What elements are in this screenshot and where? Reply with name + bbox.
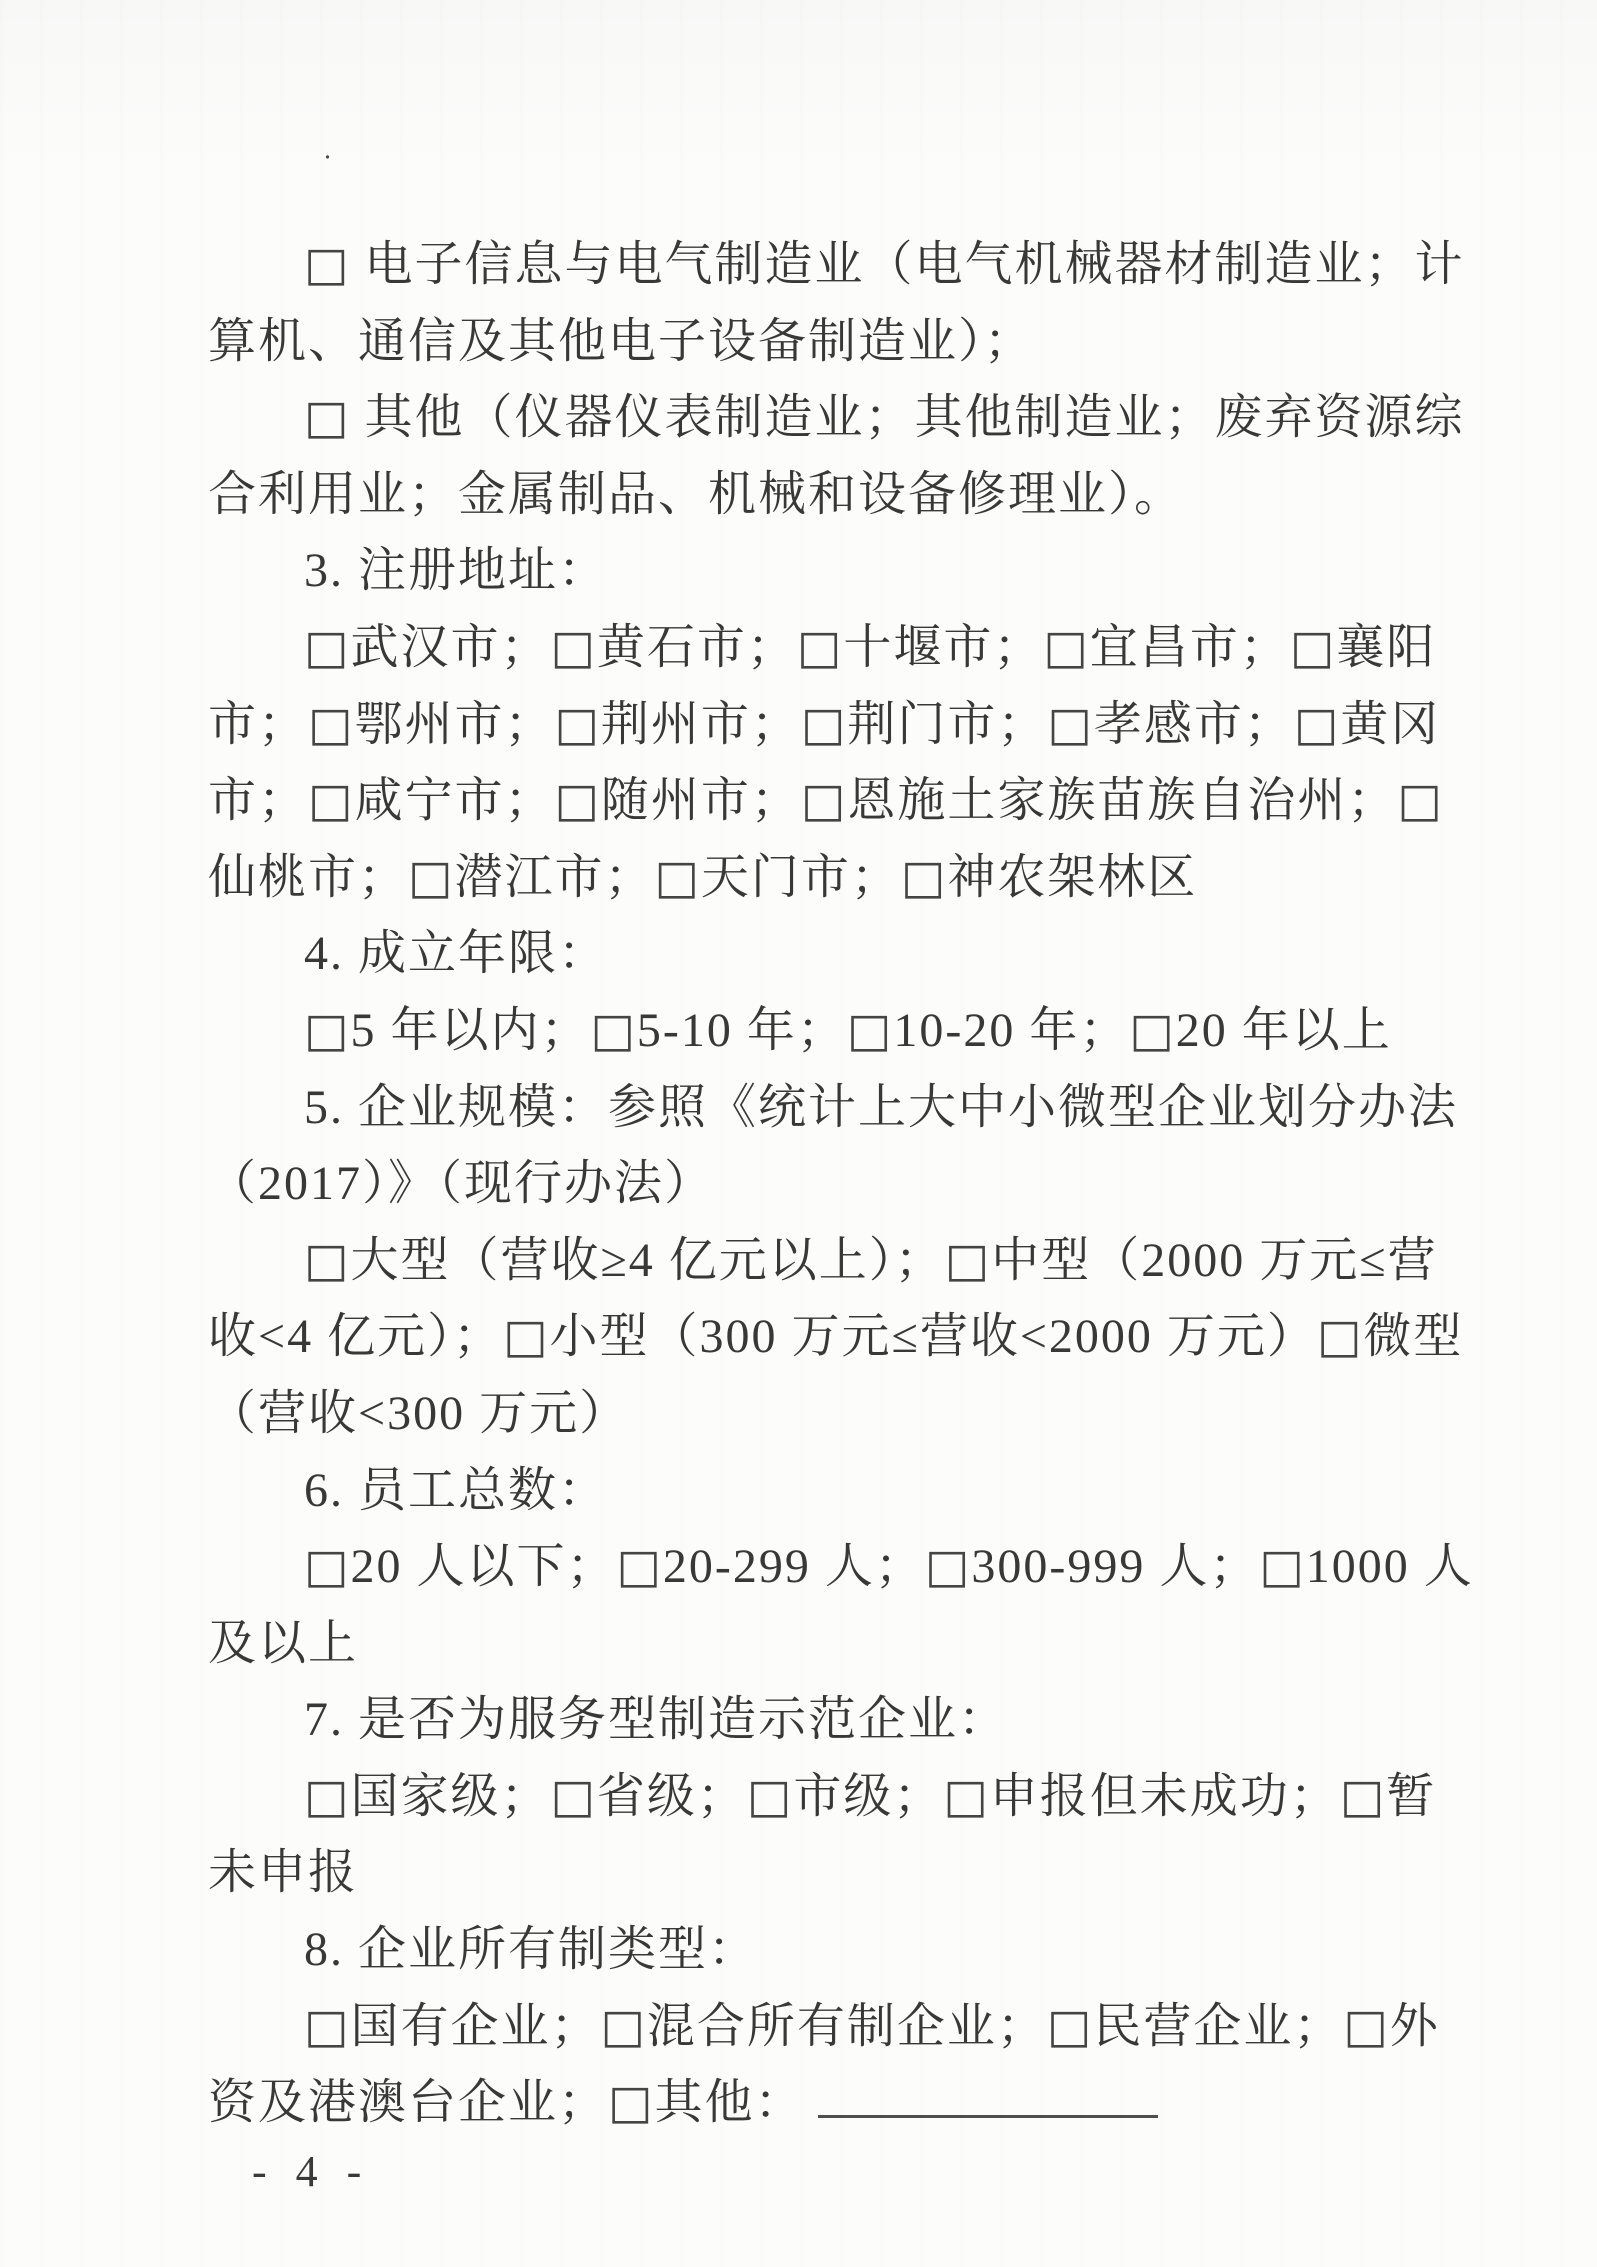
form-line: 7. 是否为服务型制造示范企业：	[208, 1682, 1488, 1759]
text-run: 潜江市；	[454, 851, 654, 904]
checkbox-icon: □	[1397, 773, 1443, 828]
text-run: 6. 员工总数：	[304, 1464, 608, 1517]
checkbox-icon: □	[308, 773, 354, 828]
checkbox-icon: □	[1129, 1003, 1175, 1058]
form-line: □ 其他（仪器仪表制造业；其他制造业；废弃资源综	[208, 380, 1488, 457]
page-number: - 4 -	[252, 2146, 370, 2197]
checkbox-icon: □	[901, 850, 947, 905]
checkbox-icon: □	[304, 1233, 350, 1288]
checkbox-icon: □	[1343, 1999, 1389, 2054]
form-line: □武汉市；□黄石市；□十堰市；□宜昌市；□襄阳	[208, 610, 1488, 687]
form-line: □大型（营收≥4 亿元以上）；□中型（2000 万元≤营	[208, 1223, 1488, 1300]
text-run: 孝感市；	[1094, 698, 1294, 751]
checkbox-icon: □	[654, 850, 700, 905]
text-run: 未申报	[208, 1846, 358, 1899]
text-run: 市；	[208, 698, 308, 751]
form-line: 算机、通信及其他电子设备制造业）；	[208, 304, 1488, 381]
form-line: 8. 企业所有制类型：	[208, 1912, 1488, 1989]
checkbox-icon: □	[616, 1539, 662, 1594]
text-run: 天门市；	[701, 851, 901, 904]
checkbox-icon: □	[943, 1769, 989, 1824]
form-line: □5 年以内；□5-10 年；□10-20 年；□20 年以上	[208, 993, 1488, 1070]
checkbox-icon: □	[600, 1999, 646, 2054]
text-run: 随州市；	[601, 774, 801, 827]
form-line: □20 人以下；□20-299 人；□300-999 人；□1000 人	[208, 1529, 1488, 1606]
checkbox-icon: □	[304, 620, 350, 675]
text-run: 武汉市；	[350, 621, 550, 674]
checkbox-icon: □	[1047, 697, 1093, 752]
text-run: 10-20 年；	[893, 1004, 1129, 1057]
checkbox-icon: □	[1043, 620, 1089, 675]
text-run: 中型（2000 万元≤营	[991, 1234, 1437, 1287]
checkbox-icon: □	[925, 1539, 971, 1594]
checkbox-icon: □	[1340, 1769, 1386, 1824]
form-line: 4. 成立年限：	[208, 916, 1488, 993]
checkbox-icon: □	[608, 2075, 654, 2130]
form-line: （2017）》（现行办法）	[208, 1146, 1488, 1223]
text-run: 1000 人	[1306, 1540, 1474, 1593]
form-line: 及以上	[208, 1606, 1488, 1683]
checkbox-icon: □	[801, 773, 847, 828]
text-run: 襄阳	[1336, 621, 1436, 674]
text-run: 荆门市；	[847, 698, 1047, 751]
checkbox-icon: □	[550, 620, 596, 675]
text-run: 微型	[1363, 1310, 1463, 1363]
checkbox-icon: □	[550, 1769, 596, 1824]
text-run: 及以上	[208, 1617, 358, 1670]
checkbox-icon: □	[554, 697, 600, 752]
form-line: 市；□鄂州市；□荆州市；□荆门市；□孝感市；□黄冈	[208, 687, 1488, 764]
text-run: （2017）》（现行办法）	[208, 1157, 714, 1210]
text-run: 黄冈	[1340, 698, 1440, 751]
form-line: □国有企业；□混合所有制企业；□民营企业；□外	[208, 1989, 1488, 2066]
checkbox-icon: □	[1259, 1539, 1305, 1594]
text-run: 暂	[1386, 1770, 1436, 1823]
text-run: 7. 是否为服务型制造示范企业：	[304, 1693, 1008, 1746]
text-run: 其他（仪器仪表制造业；其他制造业；废弃资源综	[350, 391, 1464, 444]
text-run: 300-999 人；	[971, 1540, 1259, 1593]
checkbox-icon: □	[304, 1769, 350, 1824]
text-run: 国家级；	[350, 1770, 550, 1823]
form-line: 市；□咸宁市；□随州市；□恩施土家族苗族自治州；□	[208, 763, 1488, 840]
checkbox-icon: □	[554, 773, 600, 828]
text-run: 仙桃市；	[208, 851, 408, 904]
text-run: 电子信息与电气制造业（电气机械器材制造业；计	[350, 238, 1464, 291]
checkbox-icon: □	[308, 697, 354, 752]
text-run: 混合所有制企业；	[647, 2000, 1047, 2053]
text-run: 5 年以内；	[350, 1004, 590, 1057]
form-line: 未申报	[208, 1835, 1488, 1912]
checkbox-icon: □	[847, 1003, 893, 1058]
checkbox-icon: □	[304, 1999, 350, 2054]
text-run: 黄石市；	[597, 621, 797, 674]
text-run: 鄂州市；	[354, 698, 554, 751]
checkbox-icon: □	[590, 1003, 636, 1058]
form-line: 5. 企业规模：参照《统计上大中小微型企业划分办法	[208, 1070, 1488, 1147]
checkbox-icon: □	[304, 237, 350, 292]
text-run: 8. 企业所有制类型：	[304, 1923, 758, 1976]
text-block: □ 电子信息与电气制造业（电气机械器材制造业；计算机、通信及其他电子设备制造业）…	[208, 227, 1488, 2142]
text-run: 资及港澳台企业；	[208, 2076, 608, 2129]
form-line: 3. 注册地址：	[208, 533, 1488, 610]
checkbox-icon: □	[1294, 697, 1340, 752]
form-line: □国家级；□省级；□市级；□申报但未成功；□暂	[208, 1759, 1488, 1836]
text-run: 大型（营收≥4 亿元以上）；	[350, 1234, 944, 1287]
text-run: 咸宁市；	[354, 774, 554, 827]
text-run: 神农架林区	[947, 851, 1197, 904]
text-run: 20-299 人；	[663, 1540, 925, 1593]
scanned-document-page: · □ 电子信息与电气制造业（电气机械器材制造业；计算机、通信及其他电子设备制造…	[0, 0, 1597, 2267]
text-run: 5. 企业规模：参照《统计上大中小微型企业划分办法	[304, 1081, 1458, 1134]
text-run: 申报但未成功；	[990, 1770, 1340, 1823]
checkbox-icon: □	[304, 1003, 350, 1058]
text-run: 市；	[208, 774, 308, 827]
text-run: 恩施土家族苗族自治州；	[847, 774, 1397, 827]
text-run: 其他：	[654, 2076, 804, 2129]
text-run: 20 人以下；	[350, 1540, 616, 1593]
text-run: 十堰市；	[843, 621, 1043, 674]
text-run: 国有企业；	[350, 2000, 600, 2053]
text-run: 5-10 年；	[637, 1004, 847, 1057]
form-line: 6. 员工总数：	[208, 1453, 1488, 1530]
form-line: 收<4 亿元）；□小型（300 万元≤营收<2000 万元）□微型	[208, 1299, 1488, 1376]
checkbox-icon: □	[503, 1309, 549, 1364]
text-run: 荆州市；	[601, 698, 801, 751]
text-run: 宜昌市；	[1090, 621, 1290, 674]
text-run: 20 年以上	[1176, 1004, 1392, 1057]
checkbox-icon: □	[304, 390, 350, 445]
checkbox-icon: □	[1317, 1309, 1363, 1364]
checkbox-icon: □	[801, 697, 847, 752]
text-run: 合利用业；金属制品、机械和设备修理业）。	[208, 468, 1184, 521]
text-run: 小型（300 万元≤营收<2000 万元）	[550, 1310, 1317, 1363]
checkbox-icon: □	[408, 850, 454, 905]
form-line: 资及港澳台企业；□其他：	[208, 2065, 1488, 2142]
text-run: 3. 注册地址：	[304, 544, 608, 597]
checkbox-icon: □	[1047, 1999, 1093, 2054]
form-line: 合利用业；金属制品、机械和设备修理业）。	[208, 457, 1488, 534]
text-run: 收<4 亿元）；	[208, 1310, 503, 1363]
checkbox-icon: □	[304, 1539, 350, 1594]
text-run: 市级；	[793, 1770, 943, 1823]
scan-artifact-mark: ·	[313, 143, 340, 174]
text-run: 省级；	[597, 1770, 747, 1823]
checkbox-icon: □	[1290, 620, 1336, 675]
form-line: □ 电子信息与电气制造业（电气机械器材制造业；计	[208, 227, 1488, 304]
form-line: 仙桃市；□潜江市；□天门市；□神农架林区	[208, 840, 1488, 917]
text-run: （营收<300 万元）	[208, 1387, 629, 1440]
text-run: 外	[1390, 2000, 1440, 2053]
form-line: （营收<300 万元）	[208, 1376, 1488, 1453]
checkbox-icon: □	[747, 1769, 793, 1824]
fill-in-blank	[818, 2107, 1158, 2118]
checkbox-icon: □	[797, 620, 843, 675]
text-run: 民营企业；	[1093, 2000, 1343, 2053]
checkbox-icon: □	[945, 1233, 991, 1288]
text-run: 算机、通信及其他电子设备制造业）；	[208, 315, 1034, 368]
text-run: 4. 成立年限：	[304, 927, 608, 980]
